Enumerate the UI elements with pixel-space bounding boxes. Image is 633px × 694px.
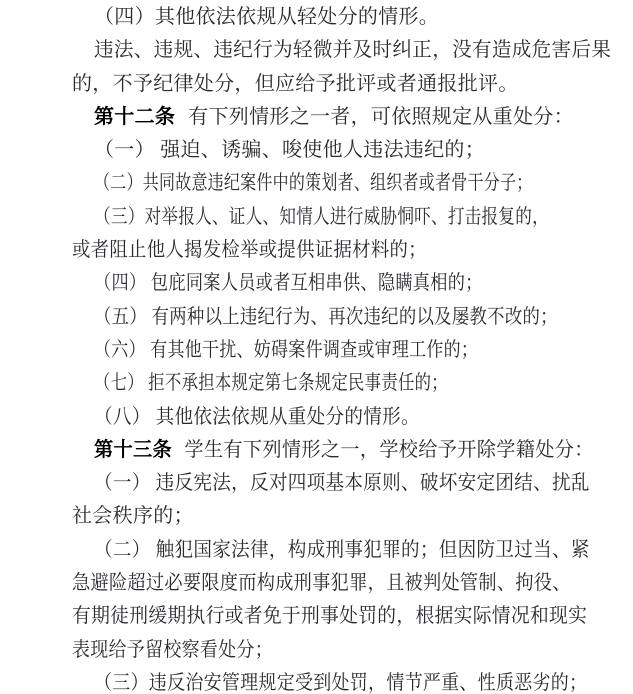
text-line: （一） 强迫、诱骗、唆使他人违法违纪的； (72, 134, 597, 167)
text-line: （三）违反治安管理规定受到处罚，情节严重、性质恶劣的； (72, 667, 597, 694)
text-line: （二）共同故意违纪案件中的策划者、组织者或者骨干分子； (72, 167, 597, 200)
text-line: 有期徒刑缓期执行或者免于刑事处罚的，根据实际情况和现实 (72, 600, 597, 633)
text-line: 的，不予纪律处分，但应给予批评或者通报批评。 (72, 68, 597, 101)
text-line: （四） 包庇同案人员或者互相串供、隐瞒真相的； (72, 267, 597, 300)
text-line: （一） 违反宪法，反对四项基本原则、破坏安定团结、扰乱 (72, 467, 597, 500)
text-line: （五） 有两种以上违纪行为、再次违纪的以及屡教不改的； (72, 301, 597, 334)
text-line: （三）对举报人、证人、知情人进行威胁恫吓、打击报复的， (72, 201, 597, 234)
text-line: 或者阻止他人揭发检举或提供证据材料的； (72, 234, 597, 267)
text-line: 急避险超过必要限度而构成刑事犯罪，且被判处管制、拘役、 (72, 567, 597, 600)
text-line: （八） 其他依法依规从重处分的情形。 (72, 401, 597, 434)
text-line: （四）其他依法依规从轻处分的情形。 (72, 1, 597, 34)
text-line: 第十三条学生有下列情形之一，学校给予开除学籍处分： (72, 434, 597, 467)
document-page: （四）其他依法依规从轻处分的情形。 违法、违规、违纪行为轻微并及时纠正，没有造成… (0, 0, 633, 694)
text-line: （二） 触犯国家法律，构成刑事犯罪的；但因防卫过当、紧 (72, 534, 597, 567)
text-line: 违法、违规、违纪行为轻微并及时纠正，没有造成危害后果 (72, 34, 597, 67)
text-line: （七） 拒不承担本规定第七条规定民事责任的； (72, 367, 597, 400)
text-line: 第十二条有下列情形之一者，可依照规定从重处分： (72, 101, 597, 134)
text-line: 表现给予留校察看处分； (72, 634, 597, 667)
text-line: 社会秩序的； (72, 500, 597, 533)
text-line: （六） 有其他干扰、妨碍案件调查或审理工作的； (72, 334, 597, 367)
